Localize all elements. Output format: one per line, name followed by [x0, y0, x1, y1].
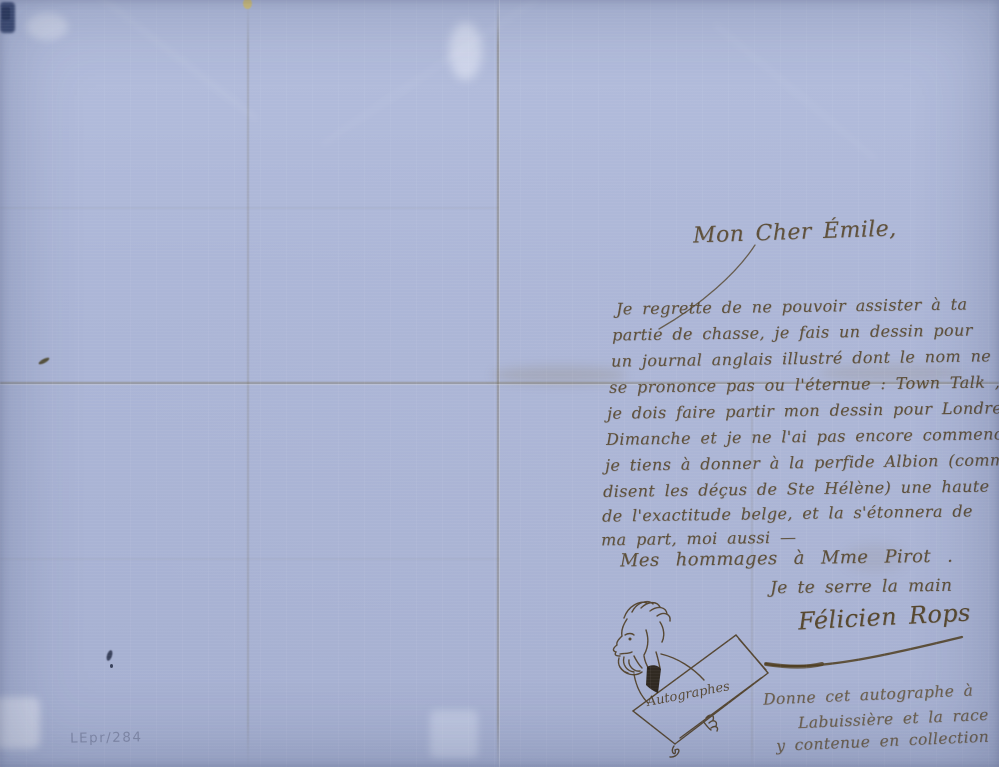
- light-patch-top-left: [26, 13, 68, 40]
- ink-dot-lower-left: [110, 664, 113, 668]
- sheen-streak-1: [82, 0, 257, 120]
- sheen-streak-3: [714, 23, 877, 160]
- body-line-9: de l'exactitude belge, et la s'étonnera …: [602, 501, 973, 525]
- letter-scan: Mon Cher Émile, Je regrette de ne pouvoi…: [0, 0, 999, 767]
- body-line-2: partie de chasse, je fais un dessin pour: [612, 320, 973, 344]
- light-square-bottom-center: [430, 710, 478, 758]
- dark-spot-top-left: [2, 7, 10, 20]
- body-line-7: je tiens à donner à la perfide Albion (c…: [605, 450, 999, 475]
- postscript-line-1: Donne cet autographe à: [763, 681, 974, 708]
- regards-line: Mes hommages à Mme Pirot .: [620, 546, 953, 572]
- body-line-10: ma part, moi aussi —: [601, 528, 797, 550]
- signature-flourish: [762, 634, 967, 670]
- caricature-man-with-autographs: Autographes: [590, 594, 790, 766]
- closing-line: Je te serre la main: [770, 576, 953, 599]
- body-line-6: Dimanche et je ne l'ai pas encore commen…: [606, 424, 999, 449]
- body-line-1: Je regrette de ne pouvoir assister à ta: [616, 295, 968, 319]
- signature: Félicien Rops: [797, 598, 971, 635]
- inventory-number: LEpr/284: [70, 729, 143, 746]
- ink-speck-lower-left: [105, 649, 113, 661]
- body-line-3: un journal anglais illustré dont le nom …: [611, 346, 991, 370]
- sticker-residue-bottom-left: [0, 697, 40, 749]
- body-line-5: je dois faire partir mon dessin pour Lon…: [607, 398, 999, 423]
- white-smudge-top-center: [449, 22, 482, 80]
- dark-stain-top-left: [0, 2, 15, 33]
- salutation-flourish: [655, 243, 765, 333]
- ink-dash-left-crease: [38, 356, 50, 365]
- body-line-8: disent les déçus de Ste Hélène) une haut…: [603, 476, 999, 501]
- fold-crease-horizontal-faint-lower: [0, 558, 500, 560]
- fold-crease-horizontal-faint-upper: [0, 207, 499, 209]
- body-line-4: se prononce pas ou l'éternue : Town Talk…: [609, 372, 999, 397]
- sheen-streak-2: [321, 0, 538, 145]
